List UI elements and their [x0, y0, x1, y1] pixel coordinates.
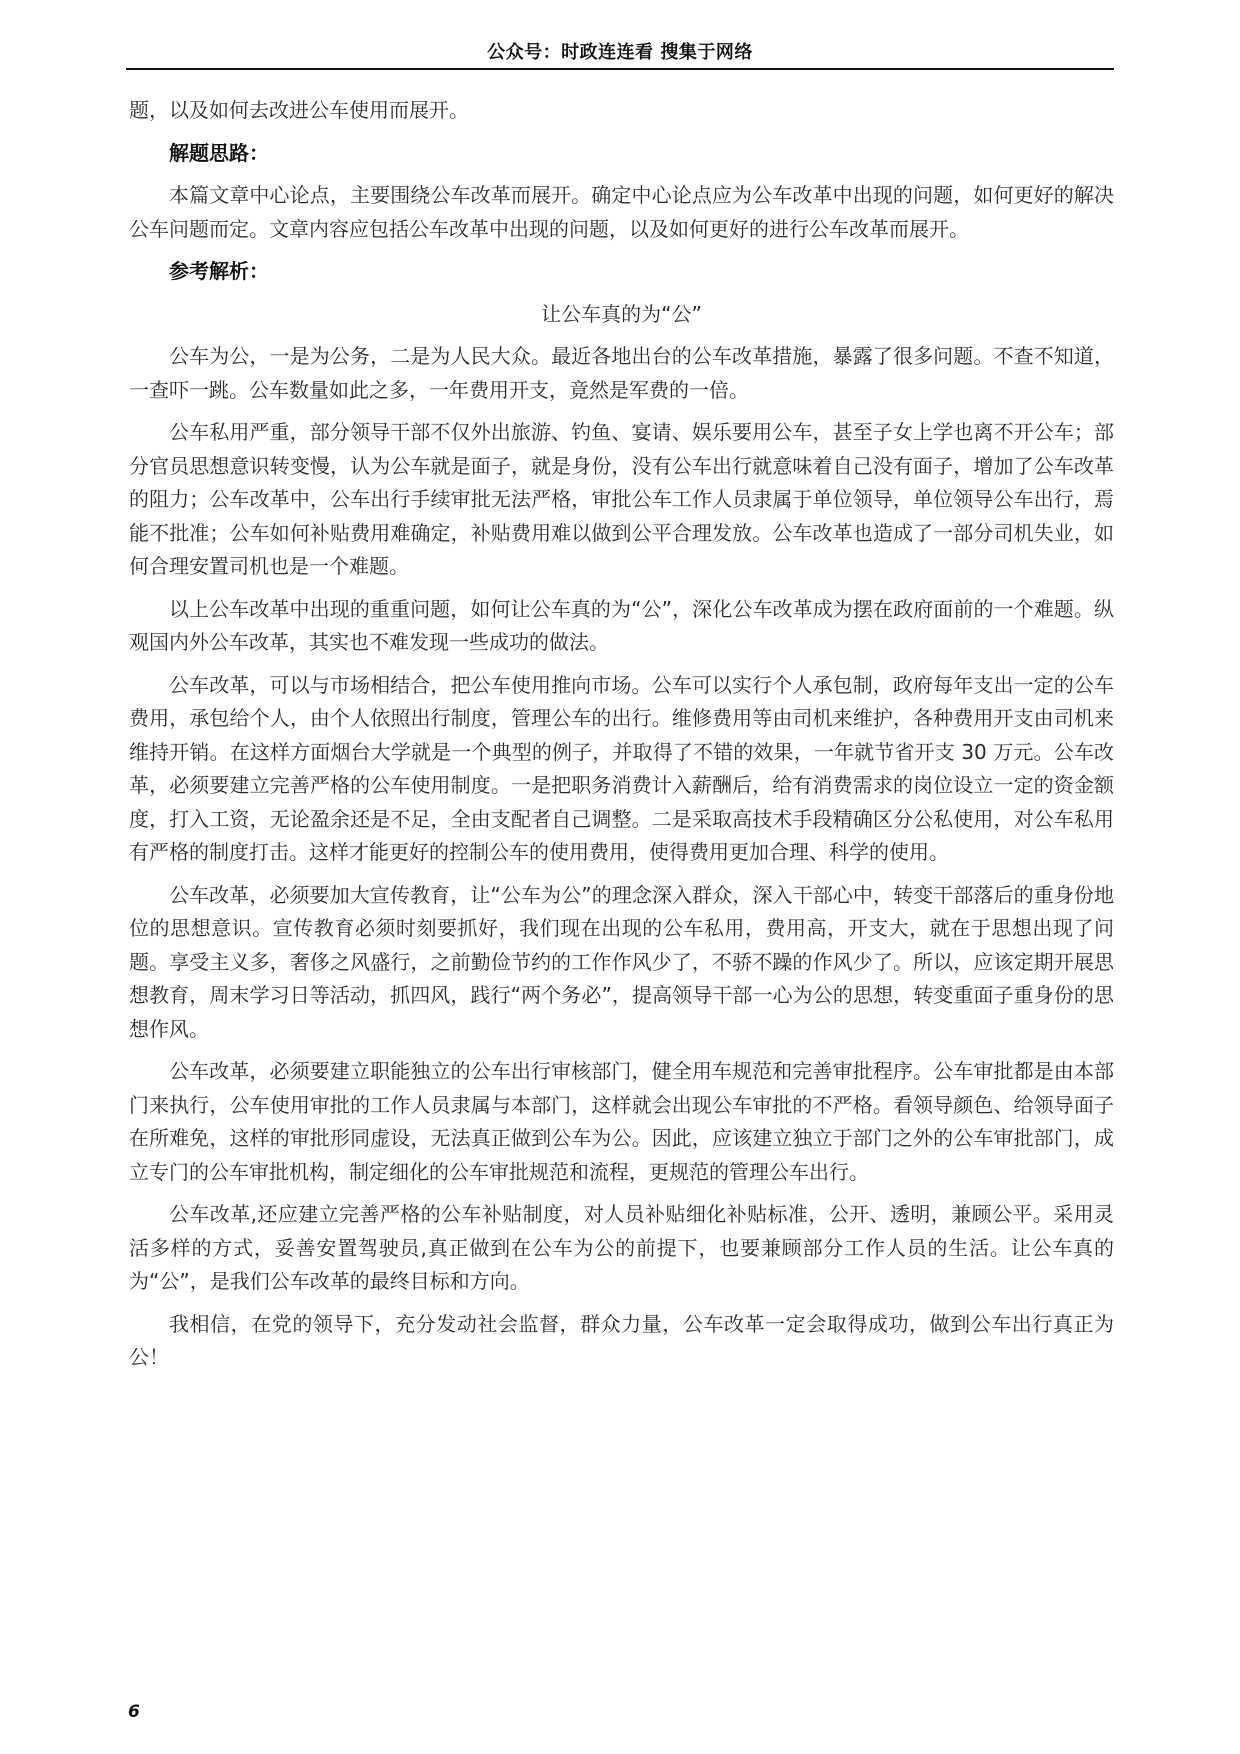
document-body: 题，以及如何去改进公车使用而展开。 解题思路： 本篇文章中心论点，主要围绕公车改…: [129, 94, 1114, 1384]
page-number: 6: [128, 1702, 140, 1722]
approach-paragraph: 本篇文章中心论点，主要围绕公车改革而展开。确定中心论点应为公车改革中出现的问题，…: [129, 179, 1114, 246]
essay-paragraph: 我相信，在党的领导下，充分发动社会监督，群众力量，公车改革一定会取得成功，做到公…: [129, 1308, 1114, 1375]
header-divider: [126, 68, 1114, 70]
page-header: 公众号：时政连连看 搜集于网络: [126, 38, 1114, 68]
essay-paragraph: 公车改革，必须要加大宣传教育，让“公车为公”的理念深入群众，深入干部心中，转变干…: [129, 879, 1114, 1047]
essay-paragraph: 公车改革，可以与市场相结合，把公车使用推向市场。公车可以实行个人承包制，政府每年…: [129, 669, 1114, 870]
essay-paragraph: 公车私用严重，部分领导干部不仅外出旅游、钓鱼、宴请、娱乐要用公车，甚至子女上学也…: [129, 416, 1114, 584]
essay-paragraph: 以上公车改革中出现的重重问题，如何让公车真的为“公”，深化公车改革成为摆在政府面…: [129, 593, 1114, 660]
essay-title: 让公车真的为“公”: [129, 298, 1114, 332]
essay-paragraph: 公车改革,还应建立完善严格的公车补贴制度，对人员补贴细化补贴标准，公开、透明，兼…: [129, 1198, 1114, 1299]
approach-heading: 解题思路：: [129, 137, 1114, 171]
continuation-paragraph: 题，以及如何去改进公车使用而展开。: [129, 94, 1114, 128]
reference-heading: 参考解析：: [129, 255, 1114, 289]
essay-paragraph: 公车为公，一是为公务，二是为人民大众。最近各地出台的公车改革措施，暴露了很多问题…: [129, 340, 1114, 407]
essay-paragraph: 公车改革，必须要建立职能独立的公车出行审核部门，健全用车规范和完善审批程序。公车…: [129, 1055, 1114, 1189]
